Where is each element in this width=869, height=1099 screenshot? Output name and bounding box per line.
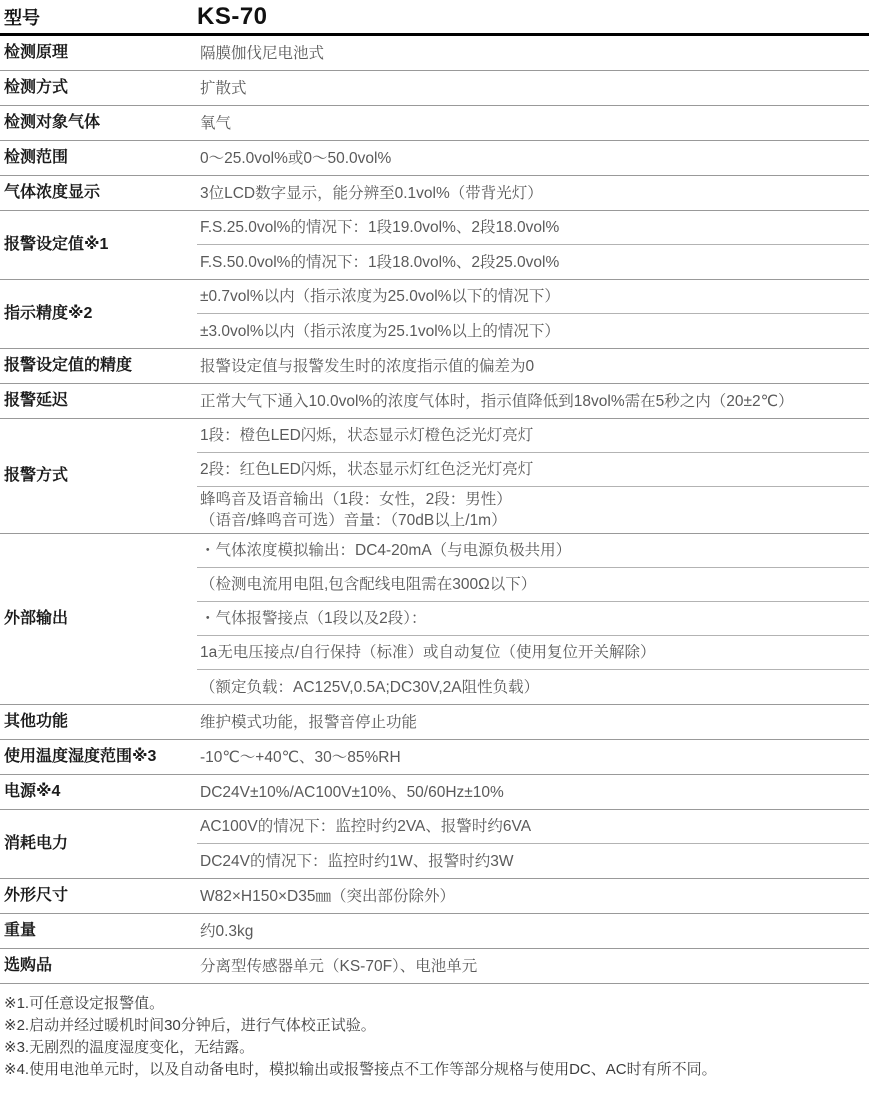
spec-value: 1段：橙色LED闪烁，状态显示灯橙色泛光灯亮灯	[197, 419, 869, 453]
spec-value: AC100V的情况下：监控时约2VA、报警时约6VA	[197, 810, 869, 844]
spec-value: ±3.0vol%以内（指示浓度为25.1vol%以上的情况下）	[197, 314, 869, 348]
spec-label: 选购品	[0, 949, 197, 983]
spec-label: 指示精度※2	[0, 280, 197, 348]
spec-row-alarm-setpoint: 报警设定值※1 F.S.25.0vol%的情况下：1段19.0vol%、2段18…	[0, 211, 869, 280]
spec-label: 外部输出	[0, 534, 197, 704]
model-value: KS-70	[197, 3, 268, 31]
spec-value: 2段：红色LED闪烁，状态显示灯红色泛光灯亮灯	[197, 453, 869, 487]
spec-row-alarm-mode: 报警方式 1段：橙色LED闪烁，状态显示灯橙色泛光灯亮灯 2段：红色LED闪烁，…	[0, 419, 869, 534]
spec-value: 扩散式	[197, 71, 869, 105]
footnote-1: ※1.可任意设定报警值。	[4, 993, 865, 1015]
spec-value: 0～25.0vol%或0～50.0vol%	[197, 141, 869, 175]
footnote-3: ※3.无剧烈的温度湿度变化，无结露。	[4, 1037, 865, 1059]
spec-row-power-consumption: 消耗电力 AC100V的情况下：监控时约2VA、报警时约6VA DC24V的情况…	[0, 810, 869, 879]
model-label: 型号	[0, 4, 197, 30]
spec-row-operating-temp-humidity: 使用温度湿度范围※3 -10℃～+40℃、30～85%RH	[0, 740, 869, 775]
footnotes: ※1.可任意设定报警值。 ※2.启动并经过暖机时间30分钟后，进行气体校正试验。…	[0, 984, 869, 1081]
table-header: 型号 KS-70	[0, 0, 869, 36]
spec-value: ±0.7vol%以内（指示浓度为25.0vol%以下的情况下）	[197, 280, 869, 314]
spec-row-power-supply: 电源※4 DC24V±10%/AC100V±10%、50/60Hz±10%	[0, 775, 869, 810]
spec-row-other-functions: 其他功能 维护模式功能，报警音停止功能	[0, 705, 869, 740]
footnote-2: ※2.启动并经过暖机时间30分钟后，进行气体校正试验。	[4, 1015, 865, 1037]
spec-value: （额定负载：AC125V,0.5A;DC30V,2A阻性负载）	[197, 670, 869, 704]
spec-label: 报警设定值的精度	[0, 349, 197, 383]
spec-row-detection-range: 检测范围 0～25.0vol%或0～50.0vol%	[0, 141, 869, 176]
spec-value: 1a无电压接点/自行保持（标准）或自动复位（使用复位开关解除）	[197, 636, 869, 670]
spec-value: 正常大气下通入10.0vol%的浓度气体时，指示值降低到18vol%需在5秒之内…	[197, 384, 869, 418]
spec-row-target-gas: 检测对象气体 氧气	[0, 106, 869, 141]
spec-row-alarm-delay: 报警延迟 正常大气下通入10.0vol%的浓度气体时，指示值降低到18vol%需…	[0, 384, 869, 419]
spec-value: 约0.3kg	[197, 914, 869, 948]
spec-value: DC24V±10%/AC100V±10%、50/60Hz±10%	[197, 775, 869, 809]
spec-label: 气体浓度显示	[0, 176, 197, 210]
spec-row-detection-method: 检测方式 扩散式	[0, 71, 869, 106]
spec-row-detection-principle: 检测原理 隔膜伽伐尼电池式	[0, 36, 869, 71]
spec-label: 消耗电力	[0, 810, 197, 878]
spec-row-external-output: 外部输出 ・气体浓度模拟输出：DC4-20mA（与电源负极共用） （检测电流用电…	[0, 534, 869, 705]
spec-value: （检测电流用电阻,包含配线电阻需在300Ω以下）	[197, 568, 869, 602]
spec-value: -10℃～+40℃、30～85%RH	[197, 740, 869, 774]
spec-label: 重量	[0, 914, 197, 948]
spec-label: 外形尺寸	[0, 879, 197, 913]
spec-value: DC24V的情况下：监控时约1W、报警时约3W	[197, 844, 869, 878]
spec-label: 电源※4	[0, 775, 197, 809]
spec-value: 维护模式功能，报警音停止功能	[197, 705, 869, 739]
spec-label: 检测范围	[0, 141, 197, 175]
spec-value: F.S.25.0vol%的情况下：1段19.0vol%、2段18.0vol%	[197, 211, 869, 245]
spec-label: 检测方式	[0, 71, 197, 105]
spec-row-optional-items: 选购品 分离型传感器单元（KS-70F）、电池单元	[0, 949, 869, 984]
spec-label: 报警延迟	[0, 384, 197, 418]
spec-label: 报警设定值※1	[0, 211, 197, 279]
spec-value: W82×H150×D35㎜（突出部份除外）	[197, 879, 869, 913]
spec-label: 报警方式	[0, 419, 197, 533]
spec-label: 其他功能	[0, 705, 197, 739]
spec-value: 隔膜伽伐尼电池式	[197, 36, 869, 70]
spec-row-weight: 重量 约0.3kg	[0, 914, 869, 949]
spec-value: F.S.50.0vol%的情况下：1段18.0vol%、2段25.0vol%	[197, 245, 869, 279]
spec-value: 3位LCD数字显示，能分辨至0.1vol%（带背光灯）	[197, 176, 869, 210]
spec-row-setpoint-accuracy: 报警设定值的精度 报警设定值与报警发生时的浓度指示值的偏差为0	[0, 349, 869, 384]
spec-value: 蜂鸣音及语音输出（1段：女性，2段：男性） （语音/蜂鸣音可选）音量：（70dB…	[197, 487, 869, 533]
spec-label: 检测原理	[0, 36, 197, 70]
spec-row-indication-accuracy: 指示精度※2 ±0.7vol%以内（指示浓度为25.0vol%以下的情况下） ±…	[0, 280, 869, 349]
spec-value: ・气体浓度模拟输出：DC4-20mA（与电源负极共用）	[197, 534, 869, 568]
spec-value: 分离型传感器单元（KS-70F）、电池单元	[197, 949, 869, 983]
spec-value: 氧气	[197, 106, 869, 140]
spec-label: 检测对象气体	[0, 106, 197, 140]
spec-row-dimensions: 外形尺寸 W82×H150×D35㎜（突出部份除外）	[0, 879, 869, 914]
spec-row-concentration-display: 气体浓度显示 3位LCD数字显示，能分辨至0.1vol%（带背光灯）	[0, 176, 869, 211]
spec-value: 报警设定值与报警发生时的浓度指示值的偏差为0	[197, 349, 869, 383]
spec-table: 型号 KS-70 检测原理 隔膜伽伐尼电池式 检测方式 扩散式 检测对象气体 氧…	[0, 0, 869, 1081]
footnote-4: ※4.使用电池单元时，以及自动备电时，模拟输出或报警接点不工作等部分规格与使用D…	[4, 1059, 865, 1081]
spec-label: 使用温度湿度范围※3	[0, 740, 197, 774]
spec-value: ・气体报警接点（1段以及2段）：	[197, 602, 869, 636]
